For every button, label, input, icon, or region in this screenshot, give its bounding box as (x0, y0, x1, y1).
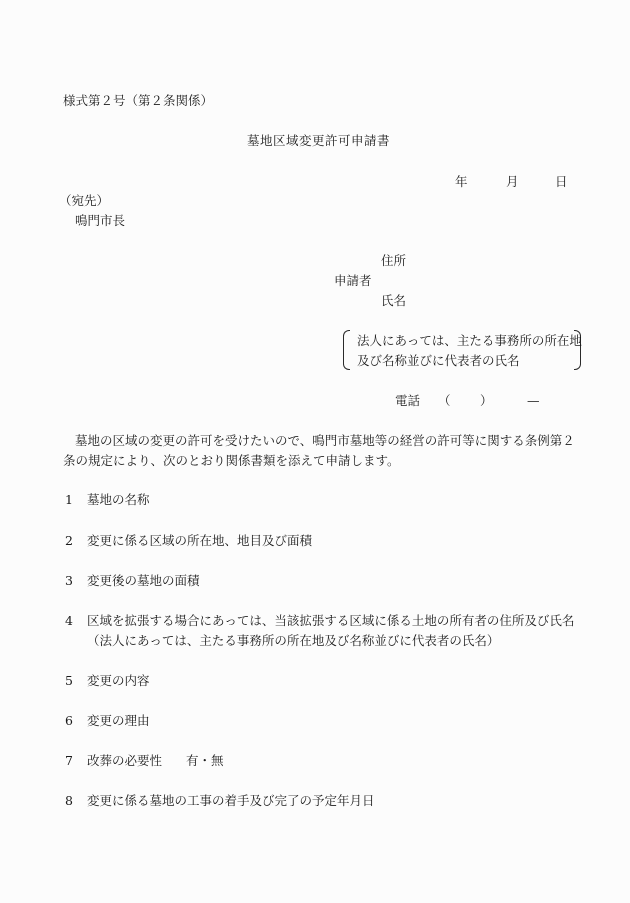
phone-label: 電話 (395, 395, 420, 408)
addressee-name: 鳴門市長 (75, 215, 125, 228)
applicant-address-label: 住所 (381, 255, 406, 268)
date-year-label: 年 (455, 176, 468, 189)
phone-dash: — (527, 395, 540, 408)
document-title: 墓地区域変更許可申請書 (247, 135, 390, 148)
item-text: 変更の内容 (87, 675, 150, 688)
item-number: 2 (65, 535, 73, 548)
body-text-line2: 条の規定により、次のとおり関係書類を添えて申請します。 (63, 455, 400, 468)
item-number: 4 (65, 615, 73, 628)
item-number: 1 (65, 494, 73, 507)
item-text: 変更後の墓地の面積 (87, 575, 200, 588)
item-number: 3 (65, 575, 73, 588)
item-number: 6 (65, 715, 73, 728)
applicant-name-label: 氏名 (381, 295, 406, 308)
item-text: 変更に係る区域の所在地、地目及び面積 (87, 535, 312, 548)
corporate-note-line1: 法人にあっては、主たる事務所の所在地 (357, 335, 582, 348)
form-number: 様式第２号（第２条関係） (63, 95, 213, 108)
date-day-label: 日 (555, 176, 568, 189)
item-number: 7 (65, 755, 73, 768)
item-number: 5 (65, 675, 73, 688)
body-text-line1: 墓地の区域の変更の許可を受けたいので、鳴門市墓地等の経営の許可等に関する条例第２ (75, 435, 575, 448)
phone-close-paren: ） (480, 395, 493, 408)
applicant-label: 申請者 (334, 275, 372, 288)
left-bracket-icon (343, 330, 350, 370)
corporate-note-line2: 及び名称並びに代表者の氏名 (357, 355, 520, 368)
item-number: 8 (65, 795, 73, 808)
item-text: 変更に係る墓地の工事の着手及び完了の予定年月日 (87, 795, 375, 808)
addressee-label: （宛先） (59, 195, 109, 208)
item-subtext: （法人にあっては、主たる事務所の所在地及び名称並びに代表者の氏名） (87, 635, 499, 648)
item-text: 区域を拡張する場合にあっては、当該拡張する区域に係る土地の所有者の住所及び氏名 (87, 615, 574, 628)
reburial-options: 有・無 (186, 755, 224, 768)
item-text: 墓地の名称 (87, 494, 150, 507)
item-text: 改葬の必要性 (87, 755, 162, 768)
date-month-label: 月 (506, 176, 519, 189)
item-text: 変更の理由 (87, 715, 150, 728)
phone-open-paren: （ (438, 395, 451, 408)
